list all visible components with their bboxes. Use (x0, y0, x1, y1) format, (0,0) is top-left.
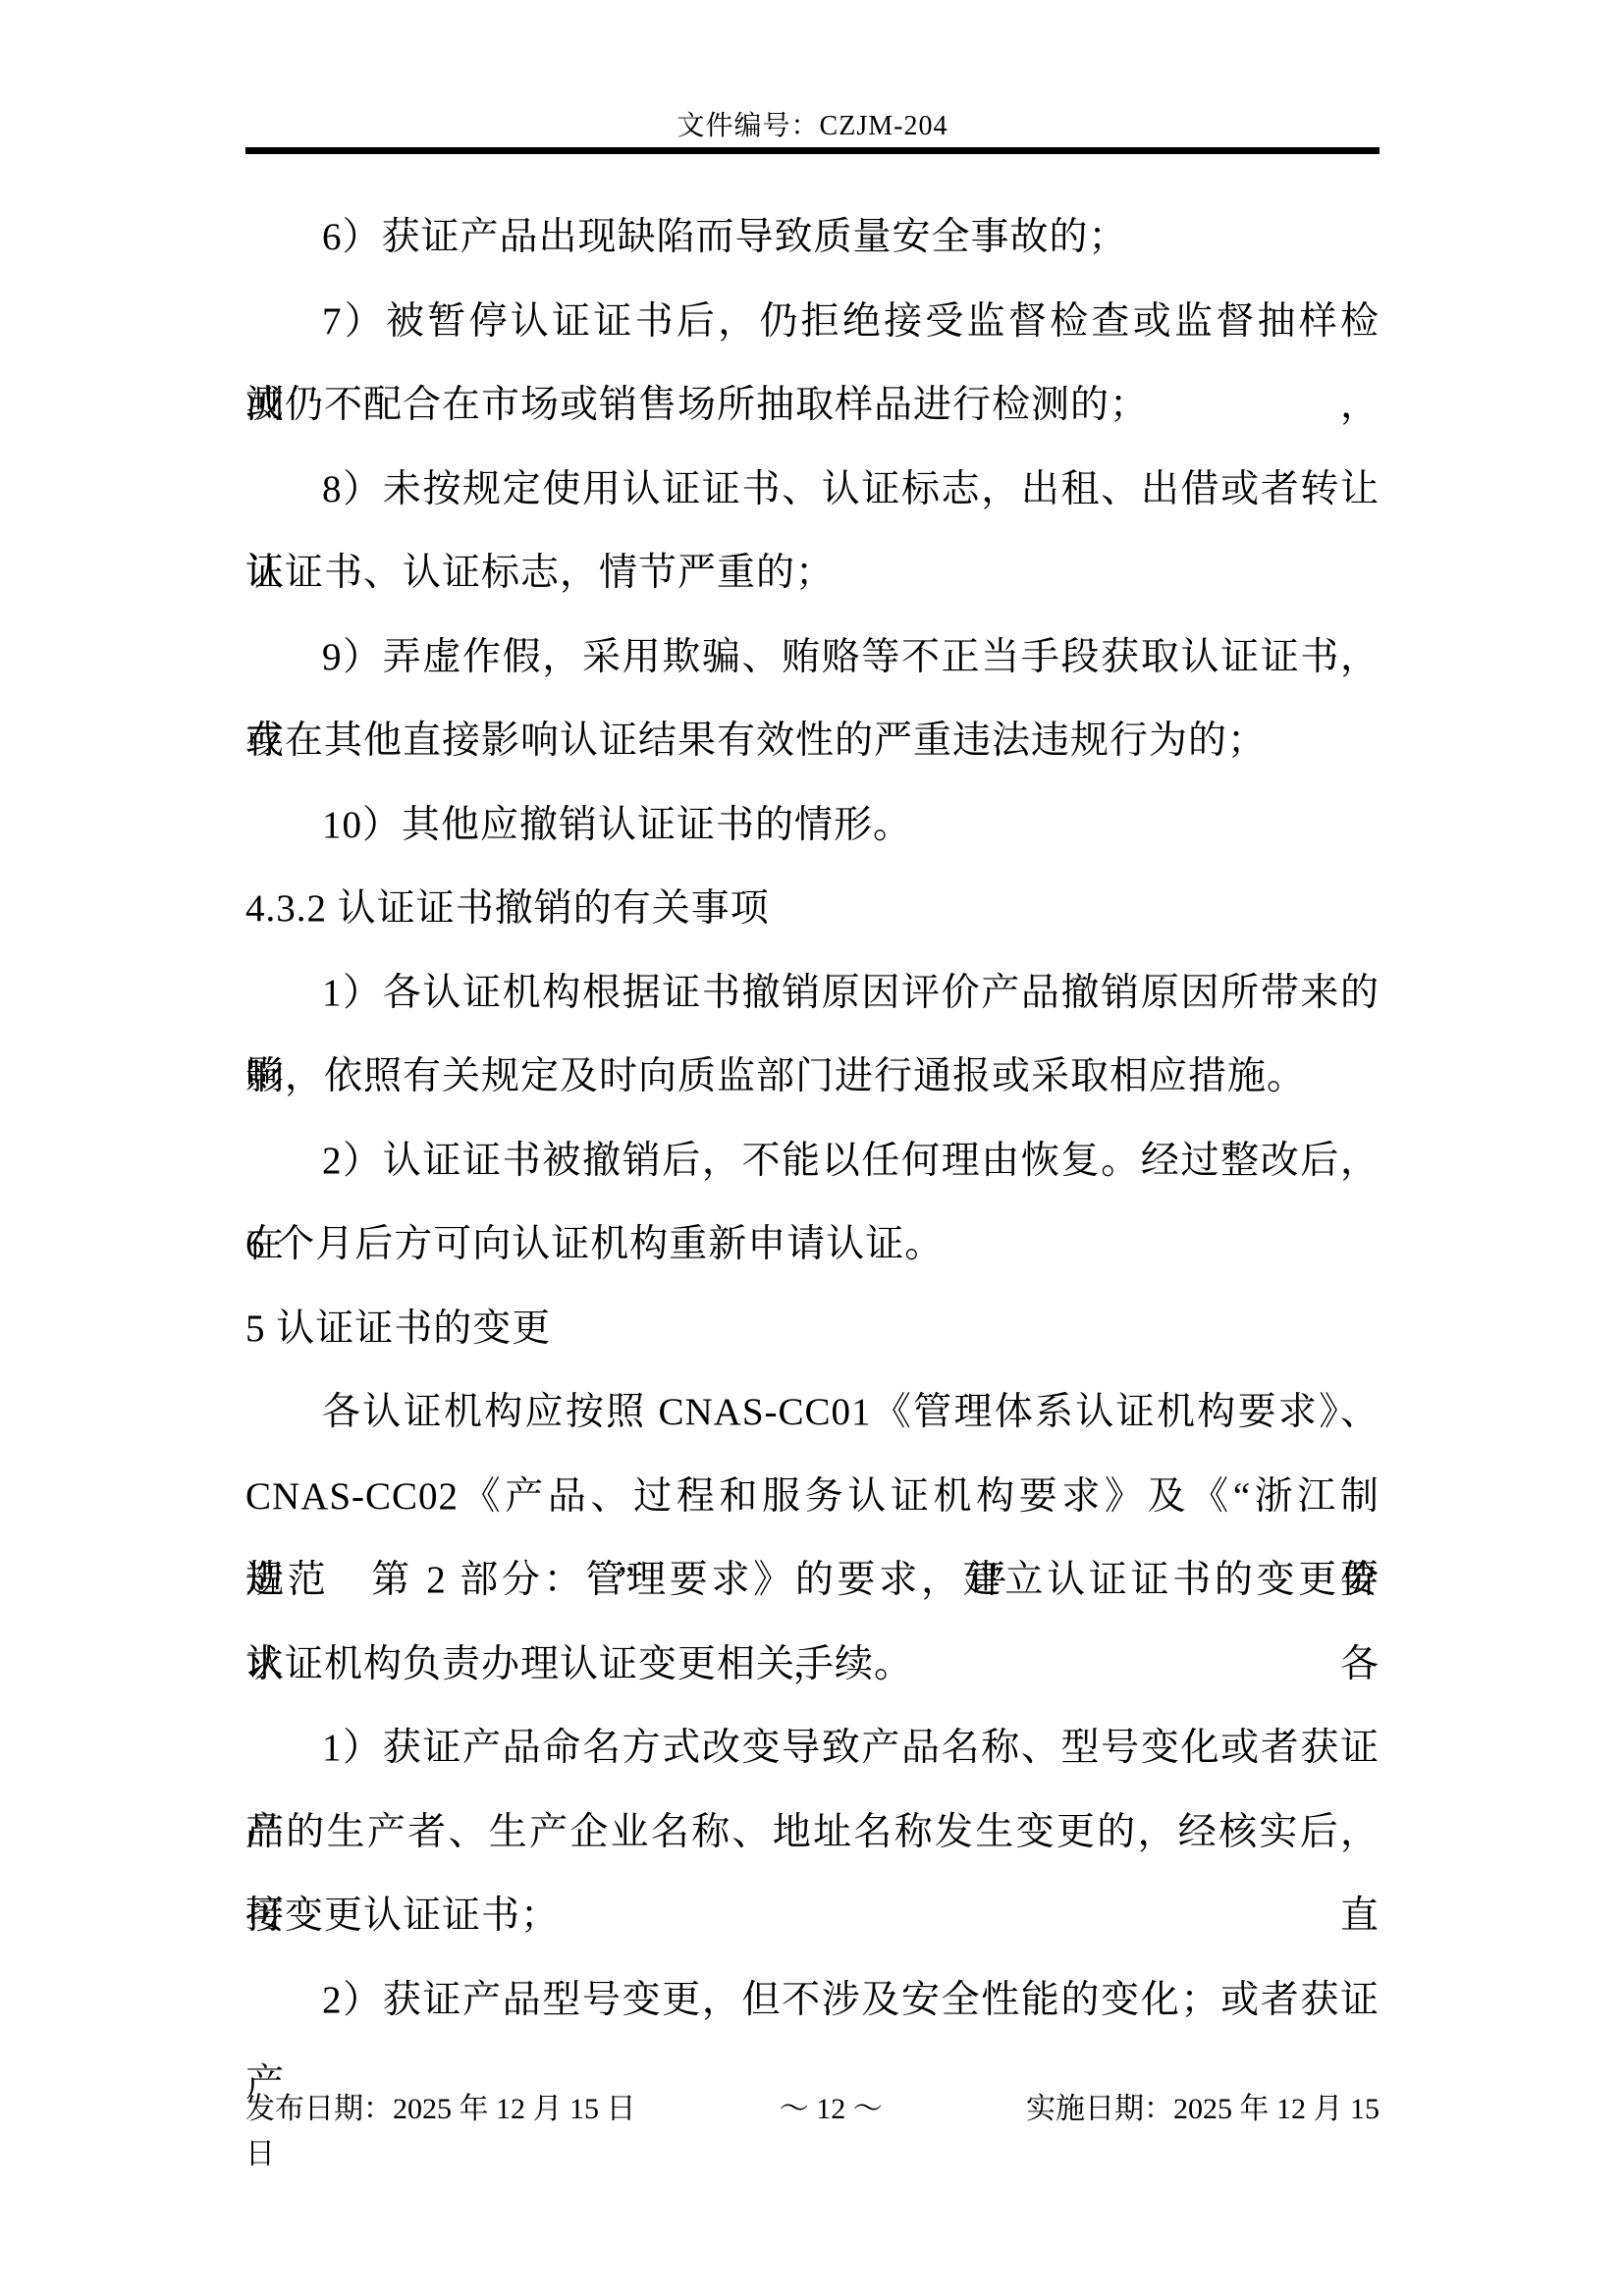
body-line: 9）弄虚作假，采用欺骗、贿赂等不正当手段获取认证证书，或 (245, 615, 1380, 700)
implement-date-label: 实施日期：2025 年 12 月 15 (1026, 2087, 1380, 2132)
body-line: 响，依照有关规定及时向质监部门进行通报或采取相应措施。 (245, 1035, 1380, 1119)
body-line: 证证书、认证标志，情节严重的； (245, 531, 1380, 615)
body-line: 6 个月后方可向认证机构重新申请认证。 (245, 1202, 1380, 1287)
body-line: 2）认证证书被撤销后，不能以任何理由恢复。经过整改后，在 (245, 1119, 1380, 1203)
body-line: 1）各认证机构根据证书撤销原因评价产品撤销原因所带来的影 (245, 951, 1380, 1036)
header-rule (245, 147, 1380, 154)
body-line: 4.3.2 认证证书撤销的有关事项 (245, 867, 1380, 951)
footer-row: 发布日期：2025 年 12 月 15 日 ～ 12 ～ 实施日期：2025 年… (245, 2087, 1380, 2132)
document-body: 6）获证产品出现缺陷而导致质量安全事故的；7）被暂停认证证书后，仍拒绝接受监督检… (245, 195, 1380, 2042)
page-footer: 发布日期：2025 年 12 月 15 日 ～ 12 ～ 实施日期：2025 年… (245, 2087, 1380, 2177)
body-line: 10）其他应撤销认证证书的情形。 (245, 783, 1380, 868)
body-line: 1）获证产品命名方式改变导致产品名称、型号变化或者获证产 (245, 1706, 1380, 1790)
body-line: 5 认证证书的变更 (245, 1287, 1380, 1371)
implement-date-wrap-char: 日 (245, 2132, 1380, 2177)
page-number: ～ 12 ～ (780, 2087, 883, 2132)
body-line: 7）被暂停认证证书后，仍拒绝接受监督检查或监督抽样检测， (245, 280, 1380, 364)
body-line: 6）获证产品出现缺陷而导致质量安全事故的； (245, 195, 1380, 280)
body-line: 2）获证产品型号变更，但不涉及安全性能的变化；或者获证产 (245, 1958, 1380, 2043)
body-line: 规范 第 2 部分：管理要求》的要求，建立认证证书的变更要求，各 (245, 1538, 1380, 1623)
body-line: 品的生产者、生产企业名称、地址名称发生变更的，经核实后，可直 (245, 1790, 1380, 1875)
body-line: 各认证机构应按照 CNAS-CC01《管理体系认证机构要求》、 (245, 1370, 1380, 1455)
body-line: CNAS-CC02《产品、过程和服务认证机构要求》及《“浙江制造”评价 (245, 1455, 1380, 1539)
document-page: 文件编号：CZJM-204 6）获证产品出现缺陷而导致质量安全事故的；7）被暂停… (0, 0, 1624, 2296)
release-date-label: 发布日期：2025 年 12 月 15 日 (245, 2087, 636, 2132)
page-header: 文件编号：CZJM-204 (245, 110, 1380, 154)
body-line: 8）未按规定使用认证证书、认证标志，出租、出借或者转让认 (245, 448, 1380, 532)
doc-number: 文件编号：CZJM-204 (245, 110, 1380, 143)
body-line: 存在其他直接影响认证结果有效性的严重违法违规行为的； (245, 699, 1380, 783)
